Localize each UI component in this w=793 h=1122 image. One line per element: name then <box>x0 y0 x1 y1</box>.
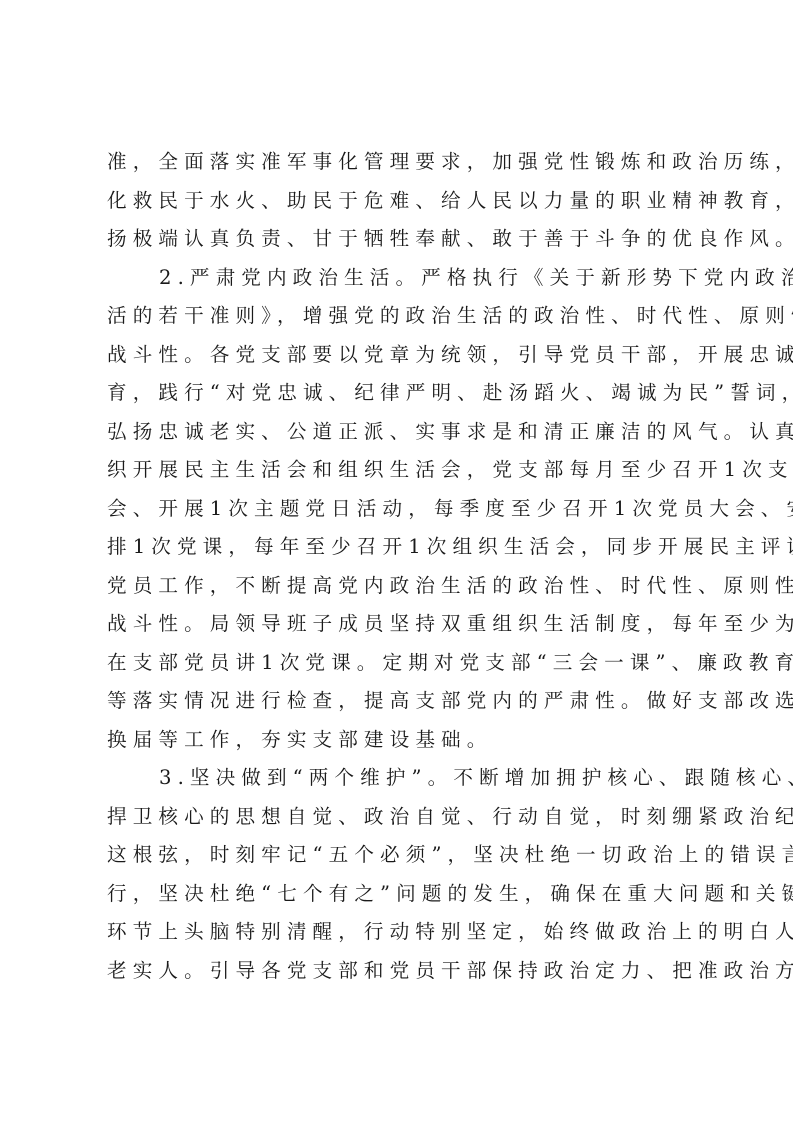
document-body: 准，全面落实准军事化管理要求，加强党性锻炼和政治历练，强 化救民于水火、助民于危… <box>107 143 695 990</box>
text-line: 扬极端认真负责、甘于牺牲奉献、敢于善于斗争的优良作风。 <box>107 220 695 259</box>
text-line: 战斗性。各党支部要以党章为统领，引导党员干部，开展忠诚教 <box>107 336 695 375</box>
text-line: 化救民于水火、助民于危难、给人民以力量的职业精神教育，弘 <box>107 182 695 221</box>
text-line: 弘扬忠诚老实、公道正派、实事求是和清正廉洁的风气。认真组 <box>107 413 695 452</box>
text-line: 活的若干准则》，增强党的政治生活的政治性、时代性、原则性、 <box>107 297 695 336</box>
text-line: 准，全面落实准军事化管理要求，加强党性锻炼和政治历练，强 <box>107 143 695 182</box>
text-line: 党员工作，不断提高党内政治生活的政治性、时代性、原则性和 <box>107 567 695 606</box>
text-line: 行，坚决杜绝“七个有之”问题的发生，确保在重大问题和关键 <box>107 875 695 914</box>
text-line: 会、开展1次主题党日活动，每季度至少召开1次党员大会、安 <box>107 490 695 529</box>
document-page: 准，全面落实准军事化管理要求，加强党性锻炼和政治历练，强 化救民于水火、助民于危… <box>0 0 793 1122</box>
item-3-heading-line: 3.坚决做到“两个维护”。不断增加拥护核心、跟随核心、 <box>107 759 695 798</box>
text-line: 这根弦，时刻牢记“五个必须”，坚决杜绝一切政治上的错误言 <box>107 836 695 875</box>
text-line: 织开展民主生活会和组织生活会，党支部每月至少召开1次支委 <box>107 451 695 490</box>
paragraph-item-3: 3.坚决做到“两个维护”。不断增加拥护核心、跟随核心、 捍卫核心的思想自觉、政治… <box>107 759 695 990</box>
text-line: 等落实情况进行检查，提高支部党内的严肃性。做好支部改选、 <box>107 682 695 721</box>
text-line: 换届等工作，夯实支部建设基础。 <box>107 721 695 760</box>
text-line: 战斗性。局领导班子成员坚持双重组织生活制度，每年至少为所 <box>107 605 695 644</box>
text-line: 捍卫核心的思想自觉、政治自觉、行动自觉，时刻绷紧政治纪律 <box>107 798 695 837</box>
text-line: 环节上头脑特别清醒，行动特别坚定，始终做政治上的明白人、 <box>107 913 695 952</box>
paragraph-item-2: 2.严肃党内政治生活。严格执行《关于新形势下党内政治生 活的若干准则》，增强党的… <box>107 259 695 760</box>
text-line: 在支部党员讲1次党课。定期对党支部“三会一课”、廉政教育 <box>107 644 695 683</box>
item-2-heading-line: 2.严肃党内政治生活。严格执行《关于新形势下党内政治生 <box>107 259 695 298</box>
paragraph-continuation: 准，全面落实准军事化管理要求，加强党性锻炼和政治历练，强 化救民于水火、助民于危… <box>107 143 695 259</box>
text-line: 排1次党课，每年至少召开1次组织生活会，同步开展民主评议 <box>107 528 695 567</box>
text-line: 老实人。引导各党支部和党员干部保持政治定力、把准政治方向、 <box>107 952 695 991</box>
text-line: 育，践行“对党忠诚、纪律严明、赴汤蹈火、竭诚为民”誓词， <box>107 374 695 413</box>
